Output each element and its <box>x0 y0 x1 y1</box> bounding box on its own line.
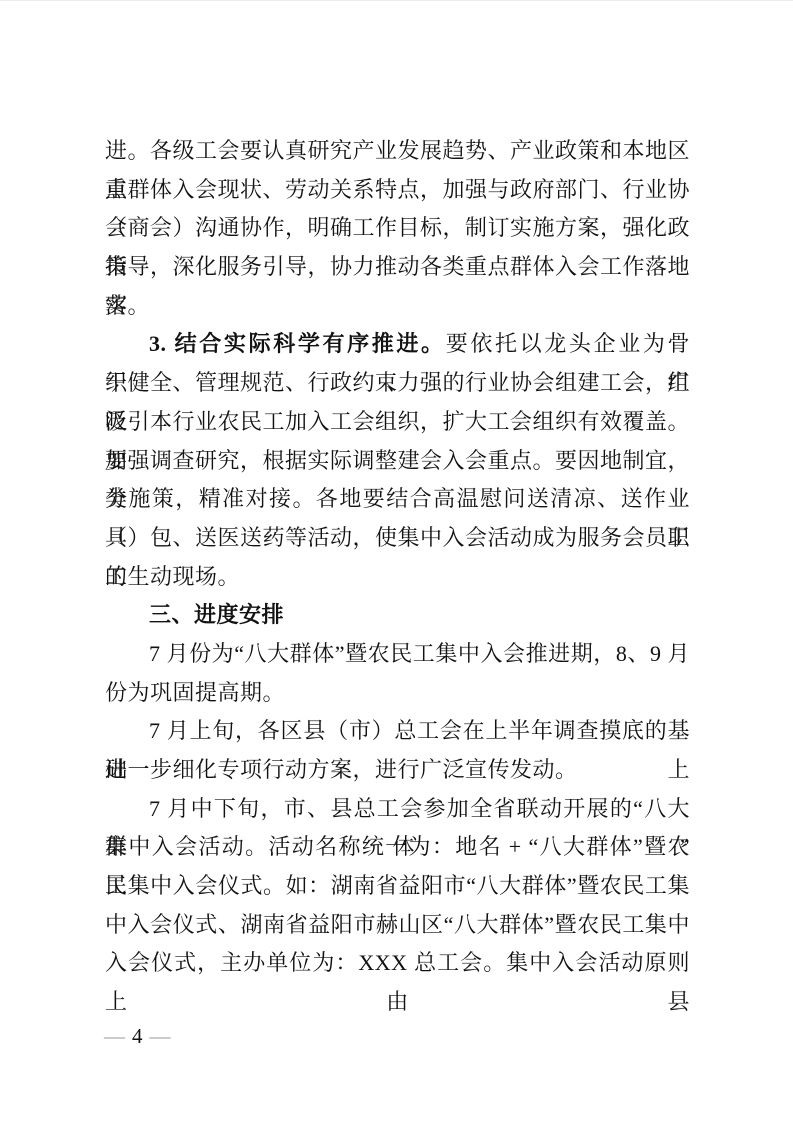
para6-line4: 中入会仪式、湖南省益阳市赫山区“八大群体”暨农民工集中 <box>105 906 690 945</box>
text-segment: 的生动现场。 <box>105 564 240 589</box>
para5-line1: 7 月上旬，各区县（市）总工会在上半年调查摸底的基础上 <box>105 712 690 751</box>
document-page: 进。各级工会要认真研究产业发展趋势、产业政策和本地区重点群体入会现状、劳动关系特… <box>0 0 793 1122</box>
para2-line5: 实。 <box>105 287 690 326</box>
text-segment: 中入会仪式、湖南省益阳市赫山区“八大群体”暨农民工集中 <box>105 912 690 937</box>
text-segment: 份为巩固提高期。 <box>105 680 285 705</box>
para6-line5: 入会仪式，主办单位为：XXX 总工会。集中入会活动原则上由县 <box>105 944 690 983</box>
para2-line3: （商会）沟通协作，明确工作目标，制订实施方案，强化政策 <box>105 209 690 248</box>
text-segment: 实。 <box>105 293 150 318</box>
text-segment: 工集中入会仪式。如：湖南省益阳市“八大群体”暨农民工集 <box>105 873 690 898</box>
page-footer: —4— <box>104 1022 172 1050</box>
bold-text-segment: 三、进度安排 <box>149 602 284 627</box>
para4-line2: 份为巩固提高期。 <box>105 674 690 713</box>
para3-line3: 吸引本行业农民工加入工会组织，扩大工会组织有效覆盖。要 <box>105 403 690 442</box>
text-segment: 入会仪式，主办单位为：XXX 总工会。集中入会活动原则上由县 <box>105 950 690 1014</box>
para4-line1: 7 月份为“八大群体”暨农民工集中入会推进期，8、9 月 <box>105 635 690 674</box>
footer-right-dash: — <box>150 1024 172 1048</box>
footer-left-dash: — <box>104 1024 126 1048</box>
para6-line2: 集中入会活动。活动名称统一为：地名 + “八大群体”暨农民 <box>105 828 690 867</box>
para3-line7: 的生动现场。 <box>105 558 690 597</box>
text-segment: 进一步细化专项行动方案，进行广泛宣传发动。 <box>105 757 578 782</box>
para3-line1: 3. 结合实际科学有序推进。要依托以龙头企业为骨干、组 <box>105 325 690 364</box>
para2-line2: 点群体入会现状、劳动关系特点，加强与政府部门、行业协会 <box>105 171 690 210</box>
para3-line6: 具）包、送医送药等活动，使集中入会活动成为服务会员职工 <box>105 519 690 558</box>
text-segment: 7 月份为“八大群体”暨农民工集中入会推进期，8、9 月 <box>149 641 690 666</box>
para2-line1: 进。各级工会要认真研究产业发展趋势、产业政策和本地区重 <box>105 132 690 171</box>
page-number: 4 <box>126 1024 150 1048</box>
para3-line5: 类施策，精准对接。各地要结合高温慰问送清凉、送作业（工 <box>105 480 690 519</box>
para2-line4: 指导，深化服务引导，协力推动各类重点群体入会工作落地落 <box>105 248 690 287</box>
para6-line1: 7 月中下旬，市、县总工会参加全省联动开展的“八大群体” <box>105 790 690 829</box>
section-heading: 三、进度安排 <box>105 596 690 635</box>
document-body: 进。各级工会要认真研究产业发展趋势、产业政策和本地区重点群体入会现状、劳动关系特… <box>105 132 690 983</box>
para6-line3: 工集中入会仪式。如：湖南省益阳市“八大群体”暨农民工集 <box>105 867 690 906</box>
para3-line2: 织健全、管理规范、行政约束力强的行业协会组建工会，广泛 <box>105 364 690 403</box>
para3-line4: 加强调查研究，根据实际调整建会入会重点。要因地制宜，分 <box>105 442 690 481</box>
bold-text-segment: 3. 结合实际科学有序推进。 <box>149 331 446 356</box>
